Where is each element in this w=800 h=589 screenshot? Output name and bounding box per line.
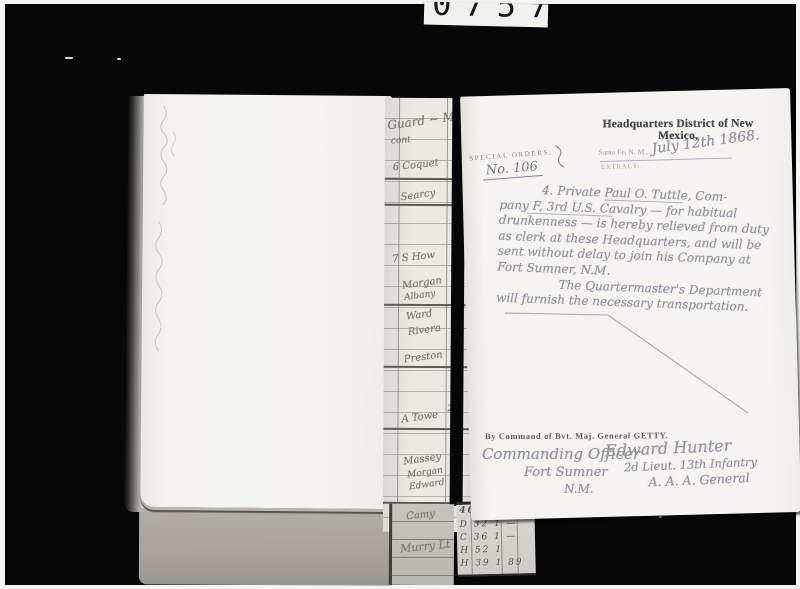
ledger-entry: Searcy — [400, 188, 436, 204]
ledger-column-rule — [445, 98, 448, 532]
dateline-printed: Santa Fe, N. M., — [599, 147, 648, 156]
ledger-entry: Preston — [403, 349, 443, 365]
ledger-entry: A Towe — [401, 410, 439, 426]
underlying-page-edge — [139, 508, 390, 585]
special-orders-stamp: SPECIAL ORDERS, No. 106 — [469, 148, 554, 181]
ledger-entry: cont — [391, 135, 411, 146]
ledger-entry: Albany — [404, 289, 436, 303]
ledger-entry: Massey — [403, 451, 442, 467]
handwritten-bracket — [552, 143, 568, 170]
special-orders-page: Headquarters District of New Mexico, San… — [460, 88, 800, 520]
ledger-entry: Morgan — [402, 275, 443, 291]
tally-row: C 36 1 — — [460, 532, 518, 543]
dust-speck — [117, 58, 121, 60]
archive-number: 0757 — [432, 1, 548, 25]
archive-number-label: 0757 — [424, 1, 549, 27]
dust-speck — [659, 516, 662, 518]
ledger-entry: Murry Lt — [399, 538, 450, 556]
signature-block: Edward Hunter 2d Lieut. 13th Infantry A.… — [605, 435, 758, 492]
ledger-entry: Camy — [406, 509, 436, 523]
photograph-frame: 0757 Guard ~ Mount cont 6 Coquet Searcy … — [0, 0, 800, 589]
order-number: No. 106 — [481, 159, 542, 181]
tally-row: H 39 1 89 — [460, 557, 523, 568]
dust-speck — [65, 57, 73, 59]
dateline-rule — [600, 158, 732, 162]
ledger-entry: Ward — [405, 308, 433, 322]
faint-pencil-scrawl — [147, 102, 183, 382]
extract-label: EXTRACT: — [601, 163, 641, 171]
ledger-entry: Edward — [409, 478, 445, 493]
left-blank-page — [140, 94, 392, 509]
ledger-entry: Rivera — [407, 323, 441, 338]
order-body: 4. Private Paul O. Tuttle, Com- pany F, … — [496, 182, 782, 317]
bottom-ledger-fragment: Camy Murry Lt — [389, 504, 455, 585]
tally-row: H 52 1 — [460, 545, 503, 556]
tally-row: D 32 1 — — [460, 519, 518, 530]
